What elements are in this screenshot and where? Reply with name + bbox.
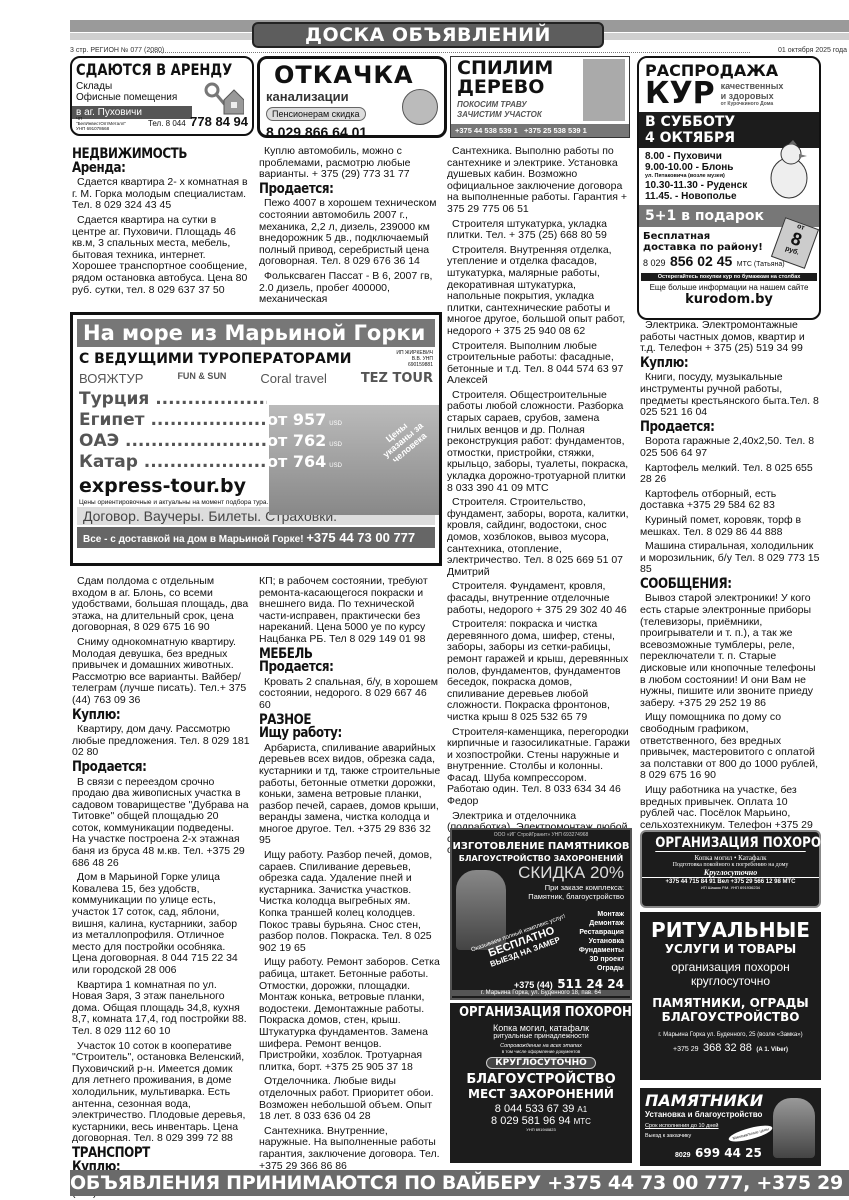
ad-tour-site[interactable]: express-tour.by xyxy=(79,475,433,497)
listing: Квартира 1 комнатная по ул. Новая Заря, … xyxy=(72,980,250,1038)
ad-monuments-2-phone: 699 44 25 xyxy=(695,1146,762,1160)
destination-price: от 957 xyxy=(267,410,326,429)
listing: Пежо 4007 в хорошем техническом состояни… xyxy=(259,198,441,268)
column-3: Сантехника. Выполню работы по сантехнике… xyxy=(447,146,631,860)
ad-funeral-1-title3: МЕСТ ЗАХОРОНЕНИЙ xyxy=(450,1087,632,1101)
listing: Ищу помощника по дому со свободным графи… xyxy=(640,712,822,782)
service-item: Демонтаж xyxy=(579,919,624,928)
ad-tour-phone: +375 44 73 00 777 xyxy=(306,530,415,545)
ad-monuments-phone: 511 24 24 xyxy=(557,977,624,991)
listing: Отделочника. Любые виды отделочных работ… xyxy=(259,1076,441,1122)
listing: Строителя. Строительство, фундамент, заб… xyxy=(447,497,631,578)
destination-currency: USD xyxy=(329,421,342,427)
column-1-top: НЕДВИЖИМОСТЬ Аренда: Сдается квартира 2-… xyxy=(72,146,250,299)
ad-chickens-phone-suffix: МТС (Татьяна) xyxy=(737,261,785,268)
ad-ritual-line3: ПАМЯТНИКИ, ОГРАДЫ xyxy=(640,996,821,1010)
listing: Куплю автомобиль, можно с проблемами, ра… xyxy=(259,146,441,181)
service-item: Ограды xyxy=(579,964,624,973)
ad-tour-title: На море из Марьиной Горки xyxy=(77,319,435,347)
listing: Машина стиральная, холодильник и морозил… xyxy=(640,541,822,576)
ad-funeral-2-phones: +375 44 715 84 91 Вел +375 29 566 12 98 … xyxy=(642,877,819,885)
listing: Строителя: покраска и чистка деревянного… xyxy=(447,619,631,723)
destination-row: Турция ............................. от … xyxy=(79,389,433,410)
listing: Вывоз старой электроники! У кого есть ст… xyxy=(640,593,822,709)
subsection-heading: Продается: xyxy=(259,184,414,196)
ad-ritual-phone-suffix: (А 1. Viber) xyxy=(756,1047,788,1053)
ad-tour-subtitle: С ВЕДУЩИМИ ТУРОПЕРАТОРАМИ xyxy=(79,351,352,367)
ad-rent-legal: ЧП "БелИнвестОптМеталл" УНП 691078668 xyxy=(76,116,118,131)
ad-funeral-1: ОРГАНИЗАЦИЯ ПОХОРОН Копка могил, катафал… xyxy=(450,1003,632,1163)
ad-monuments-2: ПАМЯТНИКИ Установка и благоустройство Ср… xyxy=(640,1088,821,1166)
ad-chickens-date1: В СУББОТУ xyxy=(645,114,813,130)
ad-monuments-address: г. Марьина Горка, ул. Буденного 18, пав.… xyxy=(452,990,630,996)
ad-ritual-line1: организация похорон xyxy=(640,960,821,974)
listing: Строителя. Выполним любые строительные р… xyxy=(447,341,631,387)
operator-logo: Coral travel xyxy=(260,371,326,386)
ad-ritual-phone: 368 32 88 xyxy=(703,1042,752,1054)
ad-chickens-tagline1: качественных xyxy=(721,81,784,91)
column-2-top: Куплю автомобиль, можно с проблемами, ра… xyxy=(259,146,441,309)
ad-ritual: РИТУАЛЬНЫЕ УСЛУГИ И ТОВАРЫ организация п… xyxy=(640,912,821,1080)
column-2-bottom: КП; в рабочем состоянии, требуют ремонта… xyxy=(259,576,441,1175)
subsection-heading: Куплю: xyxy=(640,358,795,370)
subsection-heading: Продается: xyxy=(72,762,223,774)
destination-row: ОАЭ ............................. от 762… xyxy=(79,431,433,452)
subsection-heading: Продается: xyxy=(640,422,795,434)
destination-price: от 639 xyxy=(267,389,326,408)
operator-logo: FUN & SUN xyxy=(177,371,226,386)
ad-chickens-warning: Остерегайтесь покупки кур по бумажкам на… xyxy=(641,273,817,281)
service-item: Реставрация xyxy=(579,928,624,937)
ad-chickens-phone: 856 02 45 xyxy=(670,253,732,269)
ad-ritual-line2: круглосуточно xyxy=(640,974,821,988)
destination-price: от 764 xyxy=(267,452,326,471)
ad-funeral-1-phone2-op: МТС xyxy=(574,1117,591,1126)
subsection-heading: Ищу работу: xyxy=(259,728,414,740)
listing: Сниму однокомнатную квартиру. Молодая де… xyxy=(72,637,250,707)
ad-funeral-2-title: ОРГАНИЗАЦИЯ ПОХОРОН xyxy=(655,835,805,852)
column-4: Электрика. Электромонтажные работы частн… xyxy=(640,320,822,846)
ad-tour-legal: ИП ЖИРКЕВИЧ В.В. УНП 690159881 xyxy=(387,350,433,368)
ad-chickens-title2: КУР xyxy=(645,80,715,108)
listing: В связи с переездом срочно продаю два жи… xyxy=(72,777,250,870)
issue-date: 01 октября 2025 года xyxy=(778,47,847,54)
ad-funeral-2: ОРГАНИЗАЦИЯ ПОХОРОН Копка могил • Катафа… xyxy=(640,830,821,908)
listing: Картофель мелкий. Тел. 8 025 655 28 26 xyxy=(640,463,822,486)
service-item: Фундаменты xyxy=(579,946,624,955)
ad-tour: На море из Марьиной Горки С ВЕДУЩИМИ ТУР… xyxy=(70,312,442,566)
ad-tree: СПИЛИМ ДЕРЕВО ПОКОСИМ ТРАВУ ЗАЧИСТИМ УЧА… xyxy=(450,56,630,138)
ad-funeral-2-legal: ИП Шашок Р.М. УНП 691936234 xyxy=(642,885,819,890)
destination-name: Египет ............................. xyxy=(79,410,267,430)
ad-funeral-1-badge: КРУГЛОСУТОЧНО xyxy=(486,1057,596,1069)
destination-currency: USD xyxy=(329,442,342,448)
listing: Строителя. Внутренняя отделка, утепление… xyxy=(447,245,631,338)
footer-banner: ОБЪЯВЛЕНИЯ ПРИНИМАЮТСЯ ПО ВАЙБЕРУ +375 4… xyxy=(70,1170,849,1196)
ad-sewage-title: ОТКАЧКА xyxy=(274,61,444,89)
ad-chickens-tagline3: от Курочкиного Дома xyxy=(721,101,784,107)
listing: Сдается квартира 2- х комнатная в г. М. … xyxy=(72,177,250,212)
listing: Ищу работу. Разбор печей, домов, сараев.… xyxy=(259,850,441,954)
service-item: Установка xyxy=(579,937,624,946)
listing: Кровать 2 спальная, б/у, в хорошем состо… xyxy=(259,677,441,712)
destination-currency: USD xyxy=(329,463,342,469)
ad-funeral-1-line1: Копка могил, катафалк xyxy=(450,1023,632,1033)
chicken-icon xyxy=(761,140,811,204)
operator-logo: ВОЯЖТУР xyxy=(79,371,143,386)
ad-tour-delivery-text: Все - с доставкой на дом в Марьиной Горк… xyxy=(83,534,304,545)
listing: Куриный помет, коровяк, торф в мешках. Т… xyxy=(640,515,822,538)
ad-monuments-phone-prefix: +375 (44) xyxy=(514,980,553,990)
ad-tree-phone1: +375 44 538 539 1 xyxy=(455,126,518,135)
ad-tour-delivery: Все - с доставкой на дом в Марьиной Горк… xyxy=(77,527,435,548)
ad-chickens: РАСПРОДАЖА КУР качественных и здоровых о… xyxy=(637,56,821,320)
listing: Ищу работу. Ремонт заборов. Сетка рабица… xyxy=(259,957,441,1073)
ad-monuments: ООО «ИГ СтройГранит» УНП 693274968 ИЗГОТ… xyxy=(450,828,632,1000)
subsection-heading: Продается: xyxy=(259,662,414,674)
worker-icon xyxy=(402,89,438,125)
ad-funeral-1-legal: УНП 691940823 xyxy=(450,1127,632,1132)
ad-chickens-tagline2: и здоровых xyxy=(721,91,784,101)
listing: Сдается квартира на сутки в центре аг. П… xyxy=(72,215,250,296)
ad-ritual-title: РИТУАЛЬНЫЕ xyxy=(640,918,821,942)
ad-funeral-1-phone1-op: А1 xyxy=(577,1105,587,1114)
listing: Картофель отборный, есть доставка +375 2… xyxy=(640,489,822,512)
destination-row: Египет ............................. от … xyxy=(79,410,433,431)
ad-rent-phone-prefix: Тел. 8 044 xyxy=(148,119,186,128)
ad-funeral-1-phone2: 8 029 581 96 94 xyxy=(491,1115,571,1127)
ad-funeral-1-title: ОРГАНИЗАЦИЯ ПОХОРОН xyxy=(459,1005,623,1020)
listing: Ворота гаражные 2,40х2,50. Тел. 8 025 50… xyxy=(640,436,822,459)
column-1-bottom: Сдам полдома с отдельным входом в аг. Бл… xyxy=(72,576,250,1200)
tree-cutter-icon xyxy=(583,59,625,121)
listing: Строителя штукатурка, укладка плитки. Те… xyxy=(447,219,631,242)
ad-sewage: ОТКАЧКА канализации Пенсионерам скидка 8… xyxy=(257,56,447,138)
ad-ritual-line4: БЛАГОУСТРОЙСТВО xyxy=(640,1010,821,1024)
ad-sewage-phone: 8 029 866 64 01 xyxy=(266,124,444,138)
destination-name: Катар ............................. xyxy=(79,452,267,472)
ad-monuments-2-phone-prefix: 8029 xyxy=(675,1152,691,1159)
ad-monuments-title2: БЛАГОУСТРОЙСТВО ЗАХОРОНЕНИЙ xyxy=(452,854,630,863)
ad-monuments-legal: ООО «ИГ СтройГранит» УНП 693274968 xyxy=(452,832,630,838)
destination-row: Катар ............................. от 7… xyxy=(79,452,433,473)
listing: Сдам полдома с отдельным входом в аг. Бл… xyxy=(72,576,250,634)
ad-rent-title: СДАЮТСЯ В АРЕНДУ xyxy=(76,60,220,79)
listing: Электрика. Электромонтажные работы частн… xyxy=(640,320,822,355)
listing: Строителя-каменщика, перегородки кирпичн… xyxy=(447,727,631,808)
listing: Арбариста, спиливание аварийных деревьев… xyxy=(259,743,441,847)
ad-chickens-more-info: Еще больше информации на нашем сайте xyxy=(639,283,819,292)
ad-tree-phone2: +375 25 538 539 1 xyxy=(524,126,587,135)
listing: КП; в рабочем состоянии, требуют ремонта… xyxy=(259,576,441,646)
destination-name: Турция ............................. xyxy=(79,389,267,409)
ad-sewage-discount: Пенсионерам скидка xyxy=(266,107,366,121)
ad-ritual-phone-prefix: +375 29 xyxy=(673,1046,699,1053)
keys-house-icon xyxy=(202,80,244,116)
listing: Дом в Марьиной Горке улица Ковалева 15, … xyxy=(72,872,250,976)
listing: Сантехника. Выполню работы по сантехнике… xyxy=(447,146,631,216)
listing: Участок 10 соток в кооперативе "Строител… xyxy=(72,1041,250,1145)
ad-funeral-1-line4: в том числе оформление документов xyxy=(450,1049,632,1054)
page-title: ДОСКА ОБЪЯВЛЕНИЙ xyxy=(252,22,604,48)
ad-rent-phone: 778 84 94 xyxy=(190,114,248,129)
listing: Строителя. Фундамент, кровля, фасады, вн… xyxy=(447,581,631,616)
ad-rent: СДАЮТСЯ В АРЕНДУ Склады Офисные помещени… xyxy=(70,56,254,136)
ad-chickens-phone-prefix: 8 029 xyxy=(643,258,666,268)
ad-funeral-1-line2: ритуальные принадлежности xyxy=(450,1033,632,1040)
ad-ritual-subtitle: УСЛУГИ И ТОВАРЫ xyxy=(640,942,821,956)
subsection-heading: Куплю: xyxy=(72,710,223,722)
listing: Квартиру, дом дачу. Рассмотрю любые пред… xyxy=(72,724,250,759)
listing: Книги, посуду, музыкальные инструменты р… xyxy=(640,372,822,418)
subsection-heading: СООБЩЕНИЯ: xyxy=(640,579,795,591)
service-item: 3D проект xyxy=(579,955,624,964)
ad-chickens-site[interactable]: kurodom.by xyxy=(639,292,819,307)
ad-monuments-title1: ИЗГОТОВЛЕНИЕ ПАМЯТНИКОВ xyxy=(452,841,630,852)
listing: Строителя. Общестроительные работы любой… xyxy=(447,390,631,494)
angel-statue-icon xyxy=(773,1098,815,1158)
destination-currency: EUR xyxy=(329,400,342,406)
listing: Фольксваген Пассат - В 6, 2007 гв, 2.0 д… xyxy=(259,271,441,306)
service-item: Монтаж xyxy=(579,910,624,919)
subsection-heading: Аренда: xyxy=(72,163,223,175)
ad-funeral-2-line3: Круглосуточно xyxy=(642,868,819,877)
ad-funeral-2-line1: Копка могил • Катафалк xyxy=(642,854,819,862)
operator-logo: TEZ TOUR xyxy=(361,371,433,386)
destination-price: от 762 xyxy=(267,431,326,450)
listing: Сантехника. Внутренние, наружные. На вып… xyxy=(259,1126,441,1172)
destination-name: ОАЭ ............................. xyxy=(79,431,267,451)
ad-funeral-1-phone1: 8 044 533 67 39 xyxy=(495,1103,575,1115)
ad-funeral-1-title2: БЛАГОУСТРОЙСТВО xyxy=(450,1072,632,1087)
divider xyxy=(150,52,750,53)
